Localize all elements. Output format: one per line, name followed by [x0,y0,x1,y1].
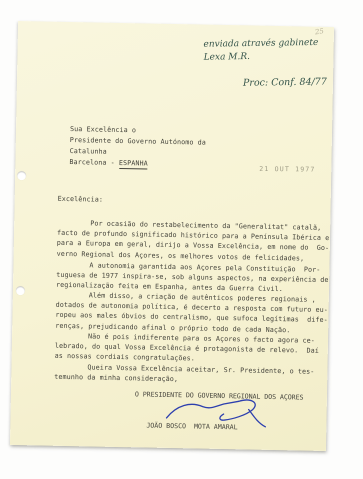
recipient-country: ESPANHA [119,159,148,169]
paragraph-4: Não é pois indiferente para os Açores o … [55,331,332,367]
handwritten-note-line1: enviada através gabinete [203,37,327,52]
recipient-line-4: Barcelona - ESPANHA [69,157,205,171]
letter-paper: 25 enviada através gabinete Lexa M.R. Pr… [10,21,334,451]
salutation: Excelência: [58,195,104,204]
recipient-city: Barcelona - [69,158,119,167]
punch-hole-top [17,171,26,180]
paragraph-5: Queira Vossa Excelência aceitar, Sr. Pre… [54,362,330,388]
pencil-page-number: 25 [315,27,325,36]
signatory-typed-name: JOÃO BOSCO MOTA AMARAL [146,422,237,432]
recipient-address-block: Sua Excelência o Presidente do Governo A… [69,124,206,171]
scanned-letter-page: 25 enviada através gabinete Lexa M.R. Pr… [0,0,363,479]
handwritten-routing-note: enviada através gabinete Lexa M.R. [203,37,327,65]
punch-hole-bottom [16,286,25,295]
paragraph-1: Por ocasião do restabelecimento da "Gene… [57,218,334,264]
handwritten-process-reference: Proc: Conf. 84/77 [243,75,327,89]
handwritten-note-line2: Lexa M.R. [204,50,328,65]
paragraph-3: Além disso, a criação de autênticos pode… [55,290,332,336]
date-received-stamp: 21 OUT 1977 [259,165,315,174]
